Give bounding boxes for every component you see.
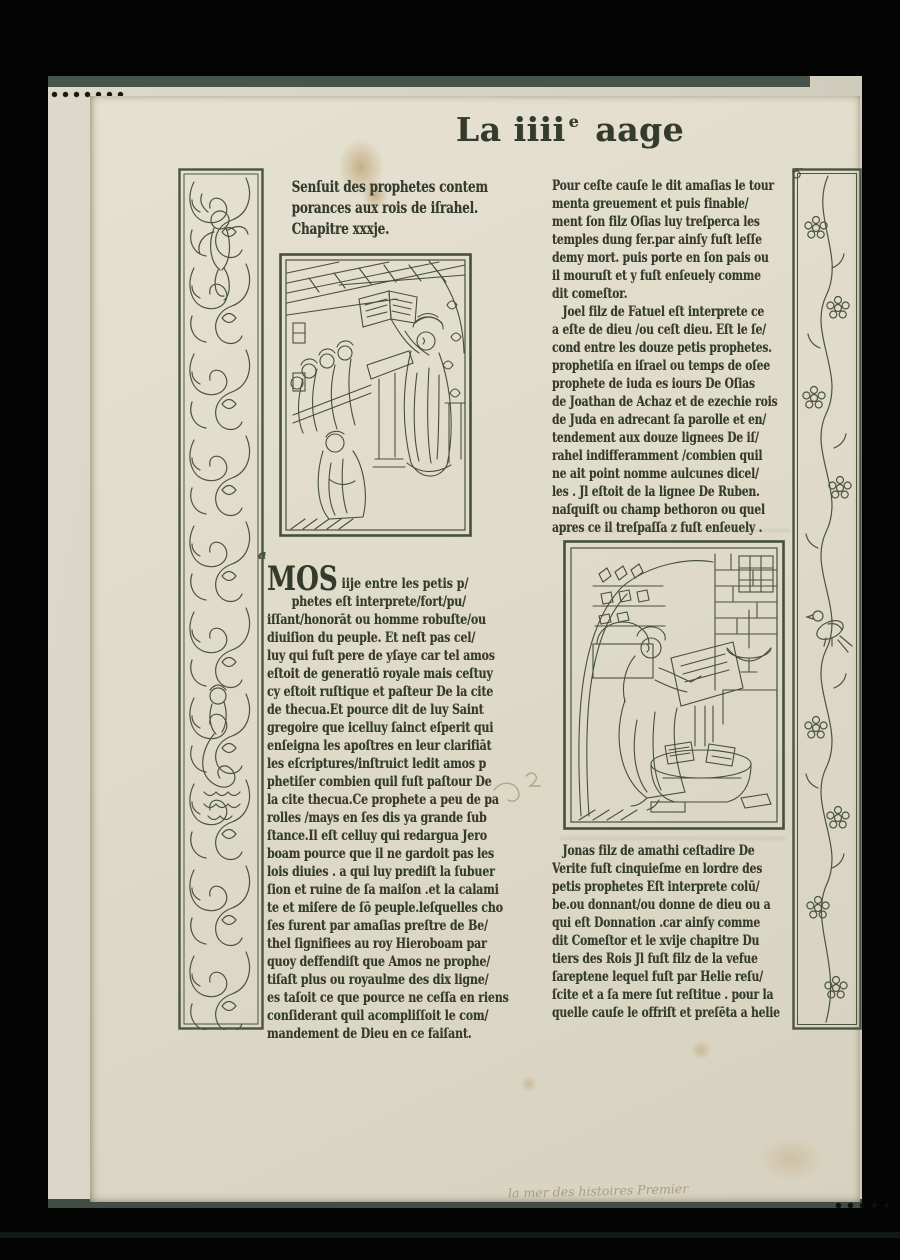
text-line: ſtance.Il eſt celluy qui redargua Jero	[267, 828, 509, 846]
text-line: la cite thecua.Ce prophete a peu de pa	[267, 792, 509, 810]
chapter-heading: Senſuit des prophetes contemporances aux…	[292, 177, 488, 240]
text-line: tiers des Rois Jl fuſt filz de la vefue	[552, 951, 780, 969]
text-line: eſtoit de generatiō royale mais ceſtuy	[267, 666, 509, 684]
text-line: ſcite et a ſa mere ſut reſtitue . pour l…	[552, 987, 780, 1005]
text-line: demy mort. puis porte en ſon pais ou	[552, 250, 774, 268]
text-line: quoy deffendiſt que Amos ne prophe/	[267, 954, 509, 972]
text-line: ne ait point nomme aulcunes dicel/	[552, 466, 777, 484]
stain-mark	[690, 1040, 712, 1060]
text-line: quelle cauſe le offriſt et preſēta a hel…	[552, 1005, 780, 1023]
text-line: de thecua.Et pource dit de luy Saint	[267, 702, 509, 720]
title-numeral: iiii	[513, 110, 565, 149]
stain-mark	[756, 1136, 826, 1182]
text-line: les . Jl eſtoit de la lignee De Ruben.	[552, 484, 777, 502]
title-word-la: La	[456, 110, 502, 149]
registration-dot	[63, 92, 68, 97]
text-line: luy qui fuſt pere de yſaye car tel amos	[267, 648, 509, 666]
text-line: mandement de Dieu en ce faiſant.	[267, 1026, 509, 1044]
text-line: prophete de iuda es iours De Oſias	[552, 376, 777, 394]
text-line: ſion et ruine de ſa maiſon .et la calami	[267, 882, 509, 900]
text-line: te et miſere de ſō peuple.leſquelles cho	[267, 900, 509, 918]
text-line: porances aux rois de iſrahel.	[292, 198, 488, 219]
text-line: de Joathan de Achaz et de ezechie rois	[552, 394, 777, 412]
text-line: thel ſignifiees au roy Hieroboam par	[267, 936, 509, 954]
drop-initial: MOS	[267, 564, 338, 594]
bird-figure	[807, 611, 852, 652]
text-line: Pour ceſte cauſe le dit amaſias le tour	[552, 178, 774, 196]
text-line: ſareptene lequel fuſt par Helie reſu/	[552, 969, 780, 987]
text-line: temples dung fer.par ainſy fuſt leſſe	[552, 232, 774, 250]
text-line: de Juda en adrecant ſa parolle et en/	[552, 412, 777, 430]
registration-dot	[74, 92, 79, 97]
amos-paragraph: MOS iije entre les petis p/ phetes eſt i…	[267, 558, 509, 1044]
text-line: naſquiſt ou champ bethoron ou quel	[552, 502, 777, 520]
ink-showthrough	[560, 834, 785, 844]
book-page: La iiiieaage	[90, 96, 860, 1202]
film-registration-dots-bottom-right	[836, 1203, 889, 1208]
text-line: tendement aux douze lignees De iſ/	[552, 430, 777, 448]
registration-dot	[52, 92, 57, 97]
paragraph-body: iſſant/honorāt ou homme robuſte/oudiuiſi…	[267, 612, 509, 1044]
text-line: boam pource que il ne gardoit pas les	[267, 846, 509, 864]
text-line: phetes eſt interprete/fort/pu/	[267, 594, 509, 612]
text-line: Chapitre xxxje.	[292, 219, 488, 240]
amasias-paragraph: Pour ceſte cauſe le dit amaſias le tourm…	[552, 178, 774, 304]
ink-showthrough	[560, 526, 790, 540]
jonas-paragraph: Jonas filz de amathi ceſtadire DeVerite …	[552, 843, 780, 1023]
registration-dot	[836, 1203, 841, 1208]
bottom-shadow-line	[0, 1232, 900, 1238]
mermaid-figure	[203, 685, 240, 820]
text-line: petis prophetes Eſt interprete colū/	[552, 879, 780, 897]
text-line: conſiderant quil acompliſſoit le com/	[267, 1008, 509, 1026]
text-line: phetiſer combien quil fuſt paſtour De	[267, 774, 509, 792]
text-line: tiſaſt plus ou royaulme des dix ligne/	[267, 972, 509, 990]
putto-figure	[199, 194, 248, 300]
registration-dot	[872, 1203, 877, 1208]
text-line: menta greuement et puis finable/	[552, 196, 774, 214]
text-line: lois diuies . a qui luy prediſt la ſubue…	[267, 864, 509, 882]
pencil-mark	[488, 756, 548, 812]
text-line: Jonas filz de amathi ceſtadire De	[552, 843, 780, 861]
handwritten-note: la mer des histoires Premier	[508, 1178, 788, 1200]
text-line: Verite fuſt cinquieſme en lordre des	[552, 861, 780, 879]
text-line: dit comeſtor.	[552, 286, 774, 304]
registration-dot	[860, 1203, 865, 1208]
text-line: il mouruſt et y fuſt enſeuely comme	[552, 268, 774, 286]
text-line: prophetiſa en iſrael ou temps de oſee	[552, 358, 777, 376]
paragraph-first-line: MOS iije entre les petis p/	[267, 558, 509, 594]
woodcut-prophet-scene	[279, 253, 472, 537]
text-line: be.ou donnant/ou donne de dieu ou a	[552, 897, 780, 915]
registration-dot	[848, 1203, 853, 1208]
text-line: les eſcriptures/inſtruict ledit amos p	[267, 756, 509, 774]
text-line: gregoire que icelluy ſainct eſperit qui	[267, 720, 509, 738]
text-line: a eſte de dieu /ou ceſt dieu. Eſt le ſe/	[552, 322, 777, 340]
stain-mark	[520, 1076, 538, 1092]
joel-paragraph: Joel filz de Fatuel eſt interprete cea e…	[552, 304, 777, 538]
text-line: enſeigna les apoſtres en leur clarifiāt	[267, 738, 509, 756]
photograph-backdrop: La iiiieaage	[0, 0, 900, 1260]
text-line: Joel filz de Fatuel eſt interprete ce	[552, 304, 777, 322]
guide-letter: a	[258, 548, 266, 563]
text-line: cond entre les douze petis prophetes.	[552, 340, 777, 358]
text-line: rolles /mays en ſes dis ya grande ſub	[267, 810, 509, 828]
text-line: dit Comeſtor et le xvije chapitre Du	[552, 933, 780, 951]
text-line: iije entre les petis p/	[342, 576, 469, 594]
woodcut-scribe-scene	[563, 540, 785, 830]
text-line: ſes furent par amaſias preſtre de Be/	[267, 918, 509, 936]
text-line: rahel indifferamment /combien quil	[552, 448, 777, 466]
text-line: es taſoit ce que pource ne ceſſa en rien…	[267, 990, 509, 1008]
border-woodcut-left	[178, 168, 264, 1030]
text-line: diuiſion du peuple. Et neſt pas cel/	[267, 630, 509, 648]
registration-dot	[884, 1203, 889, 1208]
text-line: iſſant/honorāt ou homme robuſte/ou	[267, 612, 509, 630]
title-superscript: e	[569, 112, 580, 131]
top-film-strip	[48, 76, 810, 87]
text-line: cy eſtoit ruſtique et paſteur De la cite	[267, 684, 509, 702]
border-woodcut-right	[792, 168, 862, 1030]
title-word-aage: aage	[595, 110, 684, 149]
text-line: ment ſon filz Oſias luy treſperca les	[552, 214, 774, 232]
text-line: Senſuit des prophetes contem	[292, 177, 488, 198]
page-title: La iiiieaage	[420, 110, 720, 149]
text-line: qui eſt Donnation .car ainſy comme	[552, 915, 780, 933]
